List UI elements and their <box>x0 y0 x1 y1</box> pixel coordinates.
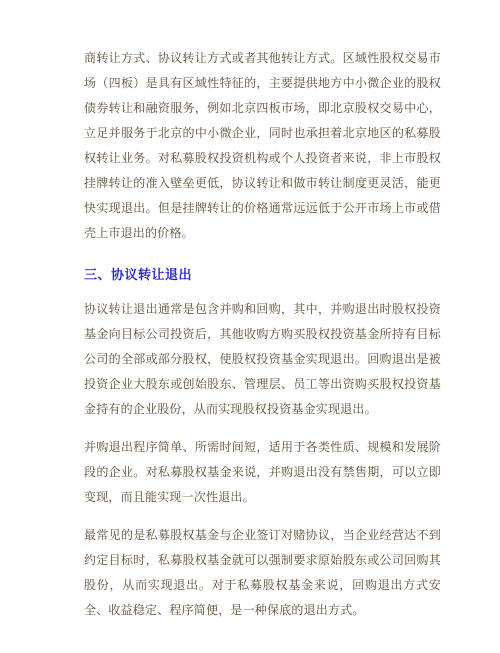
paragraph-transfer-methods: 商转让方式、协议转让方式或者其他转让方式。区域性股权交易市场（四板）是具有区域性… <box>84 46 441 246</box>
paragraph-agreement-transfer-definition: 协议转让退出通常是包含并购和回购，其中，并购退出时股权投资基金向目标公司投资后，… <box>84 297 441 422</box>
paragraph-buyback-agreement: 最常见的是私募股权基金与企业签订对赌协议，当企业经营达不到约定目标时，私募股权基… <box>84 523 441 623</box>
section-heading-agreement-transfer-exit: 三、协议转让退出 <box>84 262 441 288</box>
article-body: 商转让方式、协议转让方式或者其他转让方式。区域性股权交易市场（四板）是具有区域性… <box>84 46 441 623</box>
paragraph-merger-exit-advantages: 并购退出程序简单、所需时间短，适用于各类性质、规模和发展阶段的企业。对私募股权基… <box>84 435 441 510</box>
document-page: 商转让方式、协议转让方式或者其他转让方式。区域性股权交易市场（四板）是具有区域性… <box>0 0 500 653</box>
